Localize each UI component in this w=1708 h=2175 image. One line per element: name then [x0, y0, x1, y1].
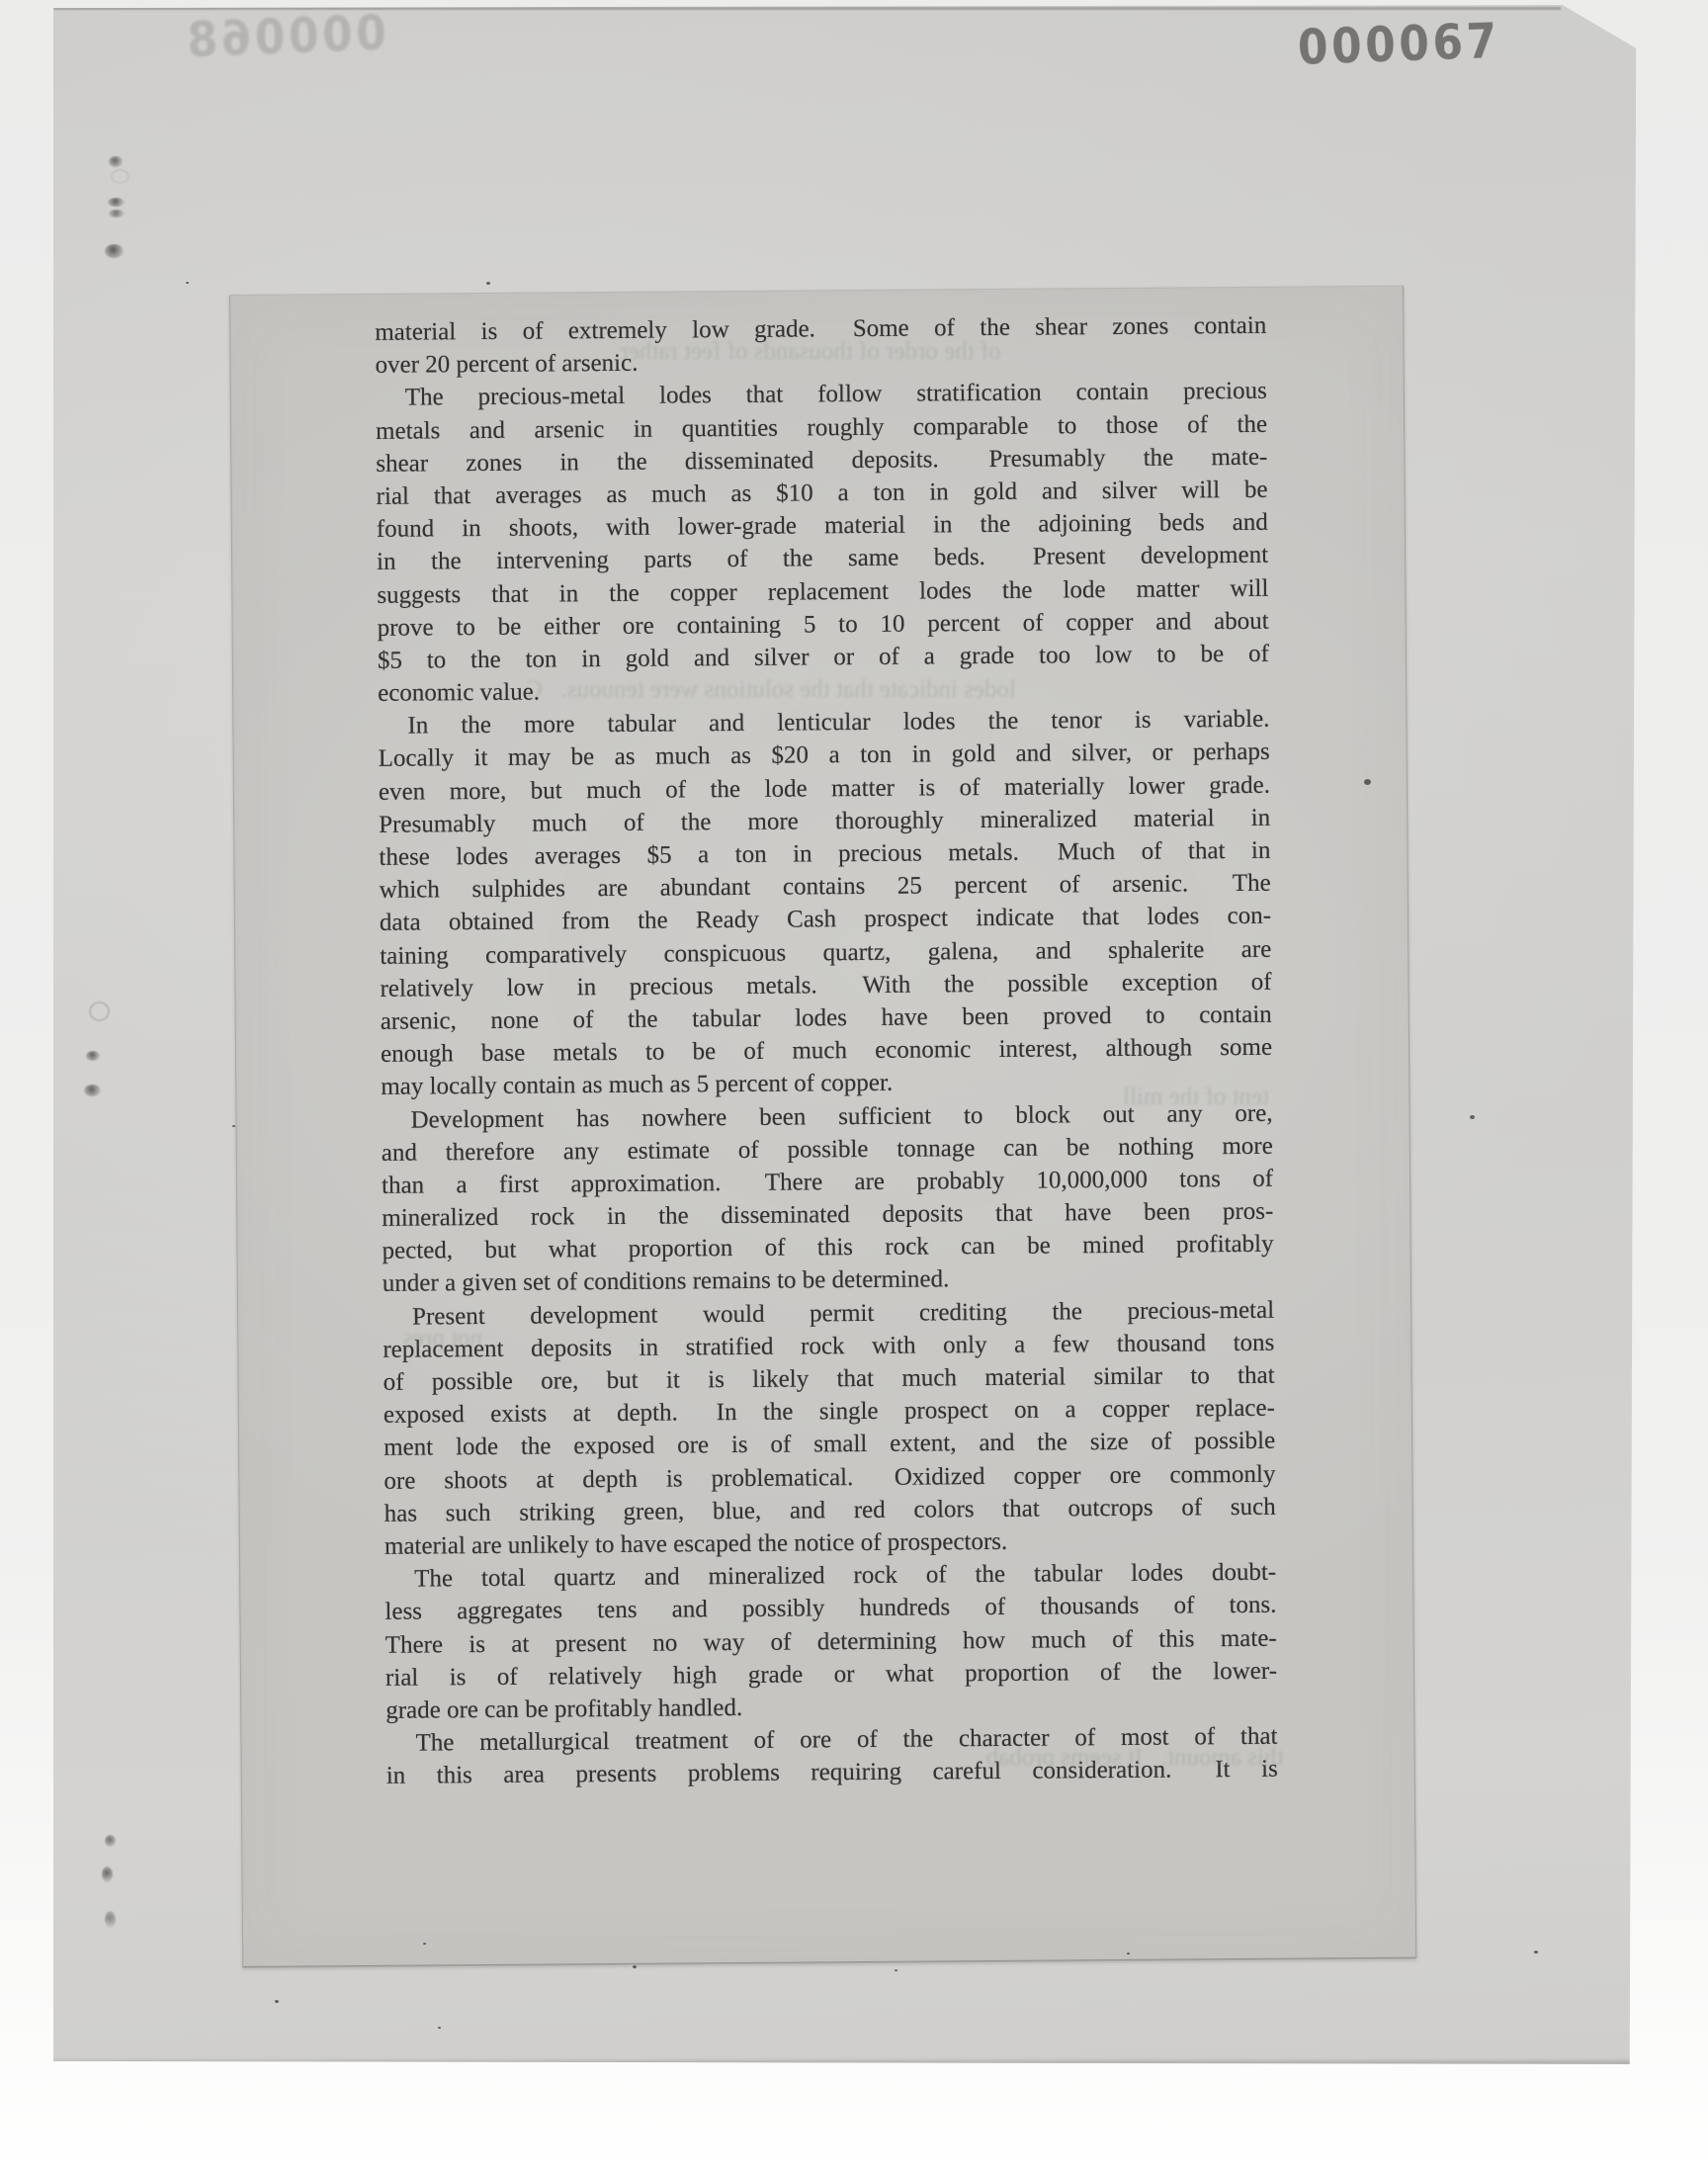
binding-mark: [109, 210, 125, 217]
binding-mark: [105, 1835, 116, 1847]
dust-speck: [1470, 1115, 1475, 1119]
document-page: material is of extremely low grade. Some…: [229, 286, 1416, 1967]
binding-mark: [109, 156, 123, 167]
bleedthrough-text: not pres: [374, 1325, 512, 1352]
stamp-showthrough-top-left: 000068: [183, 5, 386, 69]
dust-speck: [186, 282, 189, 284]
dust-speck: [423, 1943, 426, 1945]
binding-mark: [105, 244, 124, 258]
bleedthrough-text: of the order of thousands of feet rather: [514, 338, 1107, 366]
page-text: material is of extremely low grade. Some…: [375, 309, 1278, 1792]
binding-mark: [111, 169, 129, 184]
binding-mark: [86, 1051, 100, 1061]
scan-page: 000068 000067 material is of extremely l…: [0, 0, 1708, 2175]
dust-speck: [438, 2027, 441, 2029]
bleedthrough-text: lodes indicate that the solutions were t…: [425, 676, 1117, 704]
binding-mark: [84, 1085, 101, 1096]
dust-speck: [1364, 779, 1371, 785]
dust-speck: [633, 1965, 637, 1968]
dust-speck: [895, 1969, 897, 1971]
binding-mark: [102, 1867, 113, 1882]
text-line: has such striking green, blue, and red c…: [384, 1490, 1276, 1529]
dust-speck: [275, 2000, 279, 2003]
dust-speck: [232, 1125, 235, 1127]
dust-speck: [486, 282, 490, 285]
text-line: rial is of relatively high grade or what…: [385, 1654, 1277, 1694]
binding-mark: [89, 1001, 110, 1021]
bleedthrough-text: this amount. It seems probab: [947, 1744, 1323, 1772]
dust-speck: [1534, 1951, 1538, 1954]
binding-mark: [108, 198, 125, 207]
bleedthrough-text: tent of the mill: [1087, 1084, 1305, 1111]
dust-speck: [1127, 1953, 1130, 1955]
stamp-serial-number: 000067: [1297, 13, 1501, 76]
binding-mark: [105, 1911, 116, 1928]
